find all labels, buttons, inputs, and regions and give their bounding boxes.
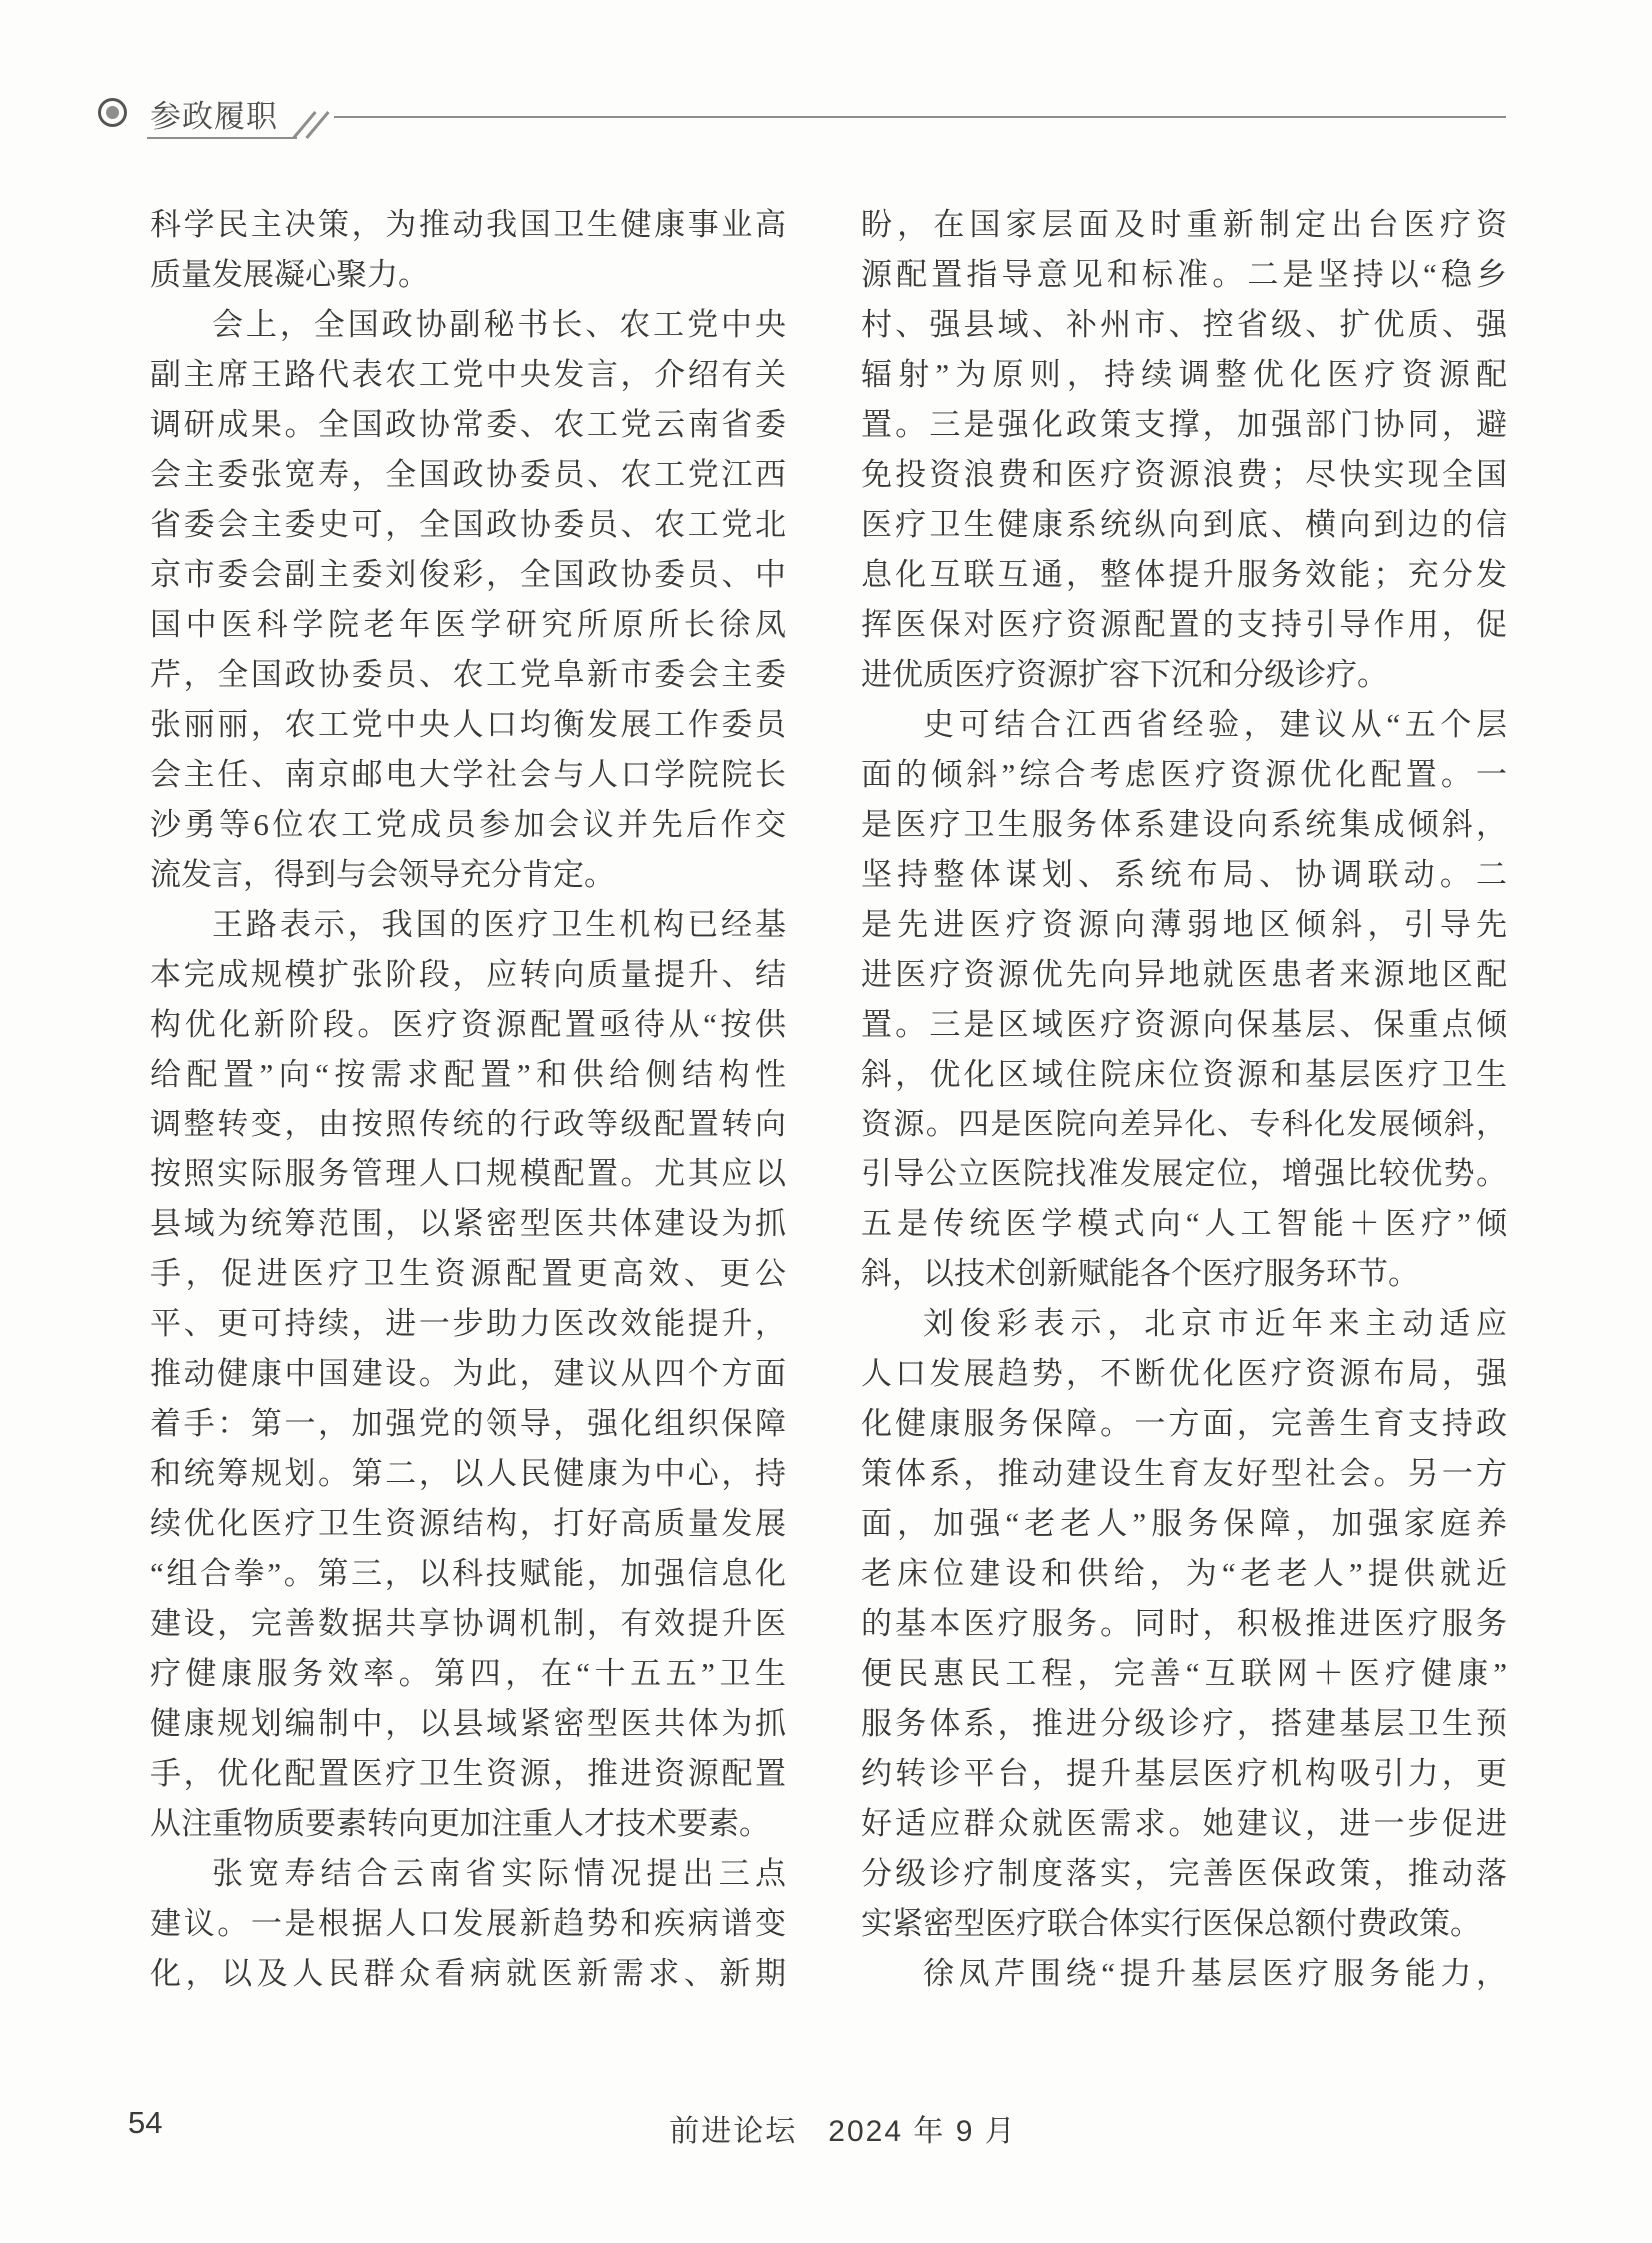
text-line: 是医疗卫生服务体系建设向系统集成倾斜， [861, 800, 1507, 850]
text-line: 调研成果。全国政协常委、农工党云南省委 [150, 400, 786, 450]
text-line: 约转诊平台，提升基层医疗机构吸引力，更 [861, 1749, 1507, 1799]
text-line: 张宽寿结合云南省实际情况提出三点 [150, 1849, 786, 1899]
text-line: 史可结合江西省经验，建议从“五个层 [861, 700, 1507, 750]
text-line: 疗健康服务效率。第四，在“十五五”卫生 [150, 1649, 786, 1699]
text-line: 便民惠民工程，完善“互联网＋医疗健康” [861, 1649, 1507, 1699]
text-line: 徐凤芹围绕“提升基层医疗服务能力， [861, 1949, 1507, 1999]
text-line: 按照实际服务管理人口规模配置。尤其应以 [150, 1149, 786, 1199]
text-line: 坚持整体谋划、系统布局、协调联动。二 [861, 850, 1507, 900]
text-line: “组合拳”。第三，以科技赋能，加强信息化 [150, 1549, 786, 1599]
text-line: 手，促进医疗卫生资源配置更高效、更公 [150, 1249, 786, 1299]
text-column-left: 科学民主决策，为推动我国卫生健康事业高质量发展凝心聚力。会上，全国政协副秘书长、… [150, 200, 786, 1999]
journal-footer: 前进论坛 2024 年 9 月 [17, 2106, 1652, 2150]
text-line: 刘俊彩表示，北京市近年来主动适应 [861, 1299, 1507, 1349]
text-line: 建议。一是根据人口发展新趋势和疾病谱变 [150, 1899, 786, 1949]
text-line: 科学民主决策，为推动我国卫生健康事业高 [150, 200, 786, 250]
text-line: 张丽丽，农工党中央人口均衡发展工作委员 [150, 700, 786, 750]
text-line: 质量发展凝心聚力。 [150, 250, 786, 300]
text-line: 好适应群众就医需求。她建议，进一步促进 [861, 1799, 1507, 1849]
text-line: 的基本医疗服务。同时，积极推进医疗服务 [861, 1599, 1507, 1649]
text-line: 构优化新阶段。医疗资源配置亟待从“按供 [150, 1000, 786, 1050]
circle-bullet-icon [98, 98, 127, 127]
header-underline [147, 137, 297, 139]
text-line: 给配置”向“按需求配置”和供给侧结构性 [150, 1050, 786, 1100]
text-line: 面，加强“老老人”服务保障，加强家庭养 [861, 1499, 1507, 1549]
text-line: 副主席王路代表农工党中央发言，介绍有关 [150, 350, 786, 400]
text-line: 建设，完善数据共享协调机制，有效提升医 [150, 1599, 786, 1649]
text-line: 健康规划编制中，以县域紧密型医共体为抓 [150, 1699, 786, 1749]
header-rule [334, 116, 1506, 118]
text-line: 化健康服务保障。一方面，完善生育支持政 [861, 1399, 1507, 1449]
text-line: 续优化医疗卫生资源结构，打好高质量发展 [150, 1499, 786, 1549]
text-line: 免投资浪费和医疗资源浪费；尽快实现全国 [861, 450, 1507, 500]
text-line: 和统筹规划。第二，以人民健康为中心，持 [150, 1449, 786, 1499]
text-line: 服务体系，推进分级诊疗，搭建基层卫生预 [861, 1699, 1507, 1749]
text-line: 沙勇等6位农工党成员参加会议并先后作交 [150, 800, 786, 850]
text-line: 手，优化配置医疗卫生资源，推进资源配置 [150, 1749, 786, 1799]
text-line: 资源。四是医院向差异化、专科化发展倾斜， [861, 1100, 1507, 1149]
text-line: 置。三是强化政策支撑，加强部门协同，避 [861, 400, 1507, 450]
text-line: 盼，在国家层面及时重新制定出台医疗资 [861, 200, 1507, 250]
text-line: 挥医保对医疗资源配置的支持引导作用，促 [861, 600, 1507, 650]
text-line: 推动健康中国建设。为此，建议从四个方面 [150, 1349, 786, 1399]
header-slash-decoration [292, 111, 316, 139]
text-line: 村、强县域、补州市、控省级、扩优质、强 [861, 300, 1507, 350]
text-line: 是先进医疗资源向薄弱地区倾斜，引导先 [861, 900, 1507, 950]
text-line: 斜，以技术创新赋能各个医疗服务环节。 [861, 1249, 1507, 1299]
text-line: 调整转变，由按照传统的行政等级配置转向 [150, 1100, 786, 1149]
text-line: 芹，全国政协委员、农工党阜新市委会主委 [150, 650, 786, 700]
text-line: 会主委张宽寿，全国政协委员、农工党江西 [150, 450, 786, 500]
text-line: 医疗卫生健康系统纵向到底、横向到边的信 [861, 500, 1507, 550]
text-line: 会主任、南京邮电大学社会与人口学院院长 [150, 750, 786, 800]
text-line: 分级诊疗制度落实，完善医保政策，推动落 [861, 1849, 1507, 1899]
text-line: 进医疗资源优先向异地就医患者来源地区配 [861, 950, 1507, 1000]
text-line: 面的倾斜”综合考虑医疗资源优化配置。一 [861, 750, 1507, 800]
text-line: 从注重物质要素转向更加注重人才技术要素。 [150, 1799, 786, 1849]
circle-bullet-dot [106, 106, 119, 119]
text-line: 老床位建设和供给，为“老老人”提供就近 [861, 1549, 1507, 1599]
text-line: 策体系，推动建设生育友好型社会。另一方 [861, 1449, 1507, 1499]
magazine-page: 参政履职 科学民主决策，为推动我国卫生健康事业高质量发展凝心聚力。会上，全国政协… [0, 0, 1652, 2243]
text-line: 实紧密型医疗联合体实行医保总额付费政策。 [861, 1899, 1507, 1949]
text-line: 源配置指导意见和标准。二是坚持以“稳乡 [861, 250, 1507, 300]
text-line: 平、更可持续，进一步助力医改效能提升， [150, 1299, 786, 1349]
text-line: 人口发展趋势，不断优化医疗资源布局，强 [861, 1349, 1507, 1399]
text-line: 置。三是区域医疗资源向保基层、保重点倾 [861, 1000, 1507, 1050]
text-line: 县域为统筹范围，以紧密型医共体建设为抓 [150, 1199, 786, 1249]
text-line: 斜，优化区域住院床位资源和基层医疗卫生 [861, 1050, 1507, 1100]
text-line: 进优质医疗资源扩容下沉和分级诊疗。 [861, 650, 1507, 700]
text-line: 王路表示，我国的医疗卫生机构已经基 [150, 900, 786, 950]
text-line: 国中医科学院老年医学研究所原所长徐凤 [150, 600, 786, 650]
text-line: 京市委会副主委刘俊彩，全国政协委员、中 [150, 550, 786, 600]
text-line: 流发言，得到与会领导充分肯定。 [150, 850, 786, 900]
text-line: 五是传统医学模式向“人工智能＋医疗”倾 [861, 1199, 1507, 1249]
section-title: 参政履职 [150, 91, 278, 136]
text-line: 息化互联互通，整体提升服务效能；充分发 [861, 550, 1507, 600]
text-line: 本完成规模扩张阶段，应转向质量提升、结 [150, 950, 786, 1000]
text-line: 化，以及人民群众看病就医新需求、新期 [150, 1949, 786, 1999]
text-column-right: 盼，在国家层面及时重新制定出台医疗资源配置指导意见和标准。二是坚持以“稳乡村、强… [861, 200, 1507, 1999]
text-line: 引导公立医院找准发展定位，增强比较优势。 [861, 1149, 1507, 1199]
text-line: 省委会主委史可，全国政协委员、农工党北 [150, 500, 786, 550]
text-line: 辐射”为原则，持续调整优化医疗资源配 [861, 350, 1507, 400]
text-line: 会上，全国政协副秘书长、农工党中央 [150, 300, 786, 350]
text-line: 着手：第一，加强党的领导，强化组织保障 [150, 1399, 786, 1449]
